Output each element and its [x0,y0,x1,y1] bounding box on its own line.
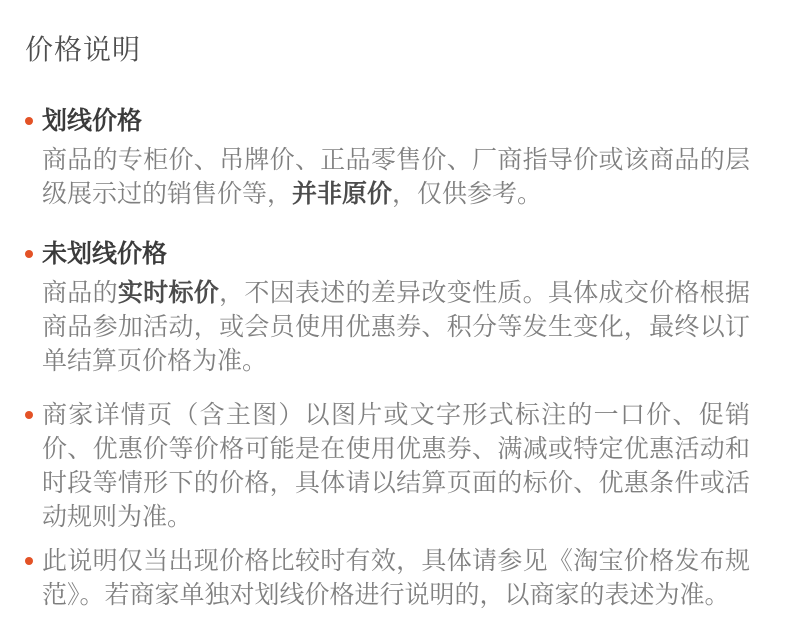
text: 此说明仅当出现价格比较时有效，具体请参见《淘宝价格发布规范》。若商家单独对划线价… [42,547,750,609]
section-paragraph: 商品的专柜价、吊牌价、正品零售价、厂商指导价或该商品的层级展示过的销售价等，并非… [42,143,750,211]
bold-text: 实时标价 [118,279,219,307]
section-paragraph: 此说明仅当出现价格比较时有效，具体请参见《淘宝价格发布规范》。若商家单独对划线价… [42,544,750,612]
text: ，仅供参考。 [392,180,542,208]
section-body: 未划线价格 商品的实时标价，不因表述的差异改变性质。具体成交价格根据商品参加活动… [42,237,750,378]
bullet-dot-icon [25,411,33,419]
section-paragraph: 商家详情页（含主图）以图片或文字形式标注的一口价、促销价、优惠价等价格可能是在使… [42,398,750,534]
text: 商品的 [42,279,118,307]
bullet-dot-icon [25,250,33,258]
section-heading: 划线价格 [42,104,750,139]
bullet-dot-icon [25,557,33,565]
price-note-section-validity: 此说明仅当出现价格比较时有效，具体请参见《淘宝价格发布规范》。若商家单独对划线价… [25,544,765,612]
bold-text: 并非原价 [292,180,392,208]
bullet-dot-icon [25,117,33,125]
price-note-section-unstruck-price: 未划线价格 商品的实时标价，不因表述的差异改变性质。具体成交价格根据商品参加活动… [25,237,765,378]
section-paragraph: 商品的实时标价，不因表述的差异改变性质。具体成交价格根据商品参加活动，或会员使用… [42,276,750,378]
price-notes-panel: 价格说明 划线价格 商品的专柜价、吊牌价、正品零售价、厂商指导价或该商品的层级展… [0,0,790,644]
price-note-section-strikethrough-price: 划线价格 商品的专柜价、吊牌价、正品零售价、厂商指导价或该商品的层级展示过的销售… [25,104,765,211]
section-body: 划线价格 商品的专柜价、吊牌价、正品零售价、厂商指导价或该商品的层级展示过的销售… [42,104,750,211]
text: 商家详情页（含主图）以图片或文字形式标注的一口价、促销价、优惠价等价格可能是在使… [42,401,750,531]
section-heading: 未划线价格 [42,237,750,272]
price-note-section-detail-page-prices: 商家详情页（含主图）以图片或文字形式标注的一口价、促销价、优惠价等价格可能是在使… [25,398,765,534]
section-body: 此说明仅当出现价格比较时有效，具体请参见《淘宝价格发布规范》。若商家单独对划线价… [42,544,750,612]
section-body: 商家详情页（含主图）以图片或文字形式标注的一口价、促销价、优惠价等价格可能是在使… [42,398,750,534]
page-title: 价格说明 [25,30,765,70]
